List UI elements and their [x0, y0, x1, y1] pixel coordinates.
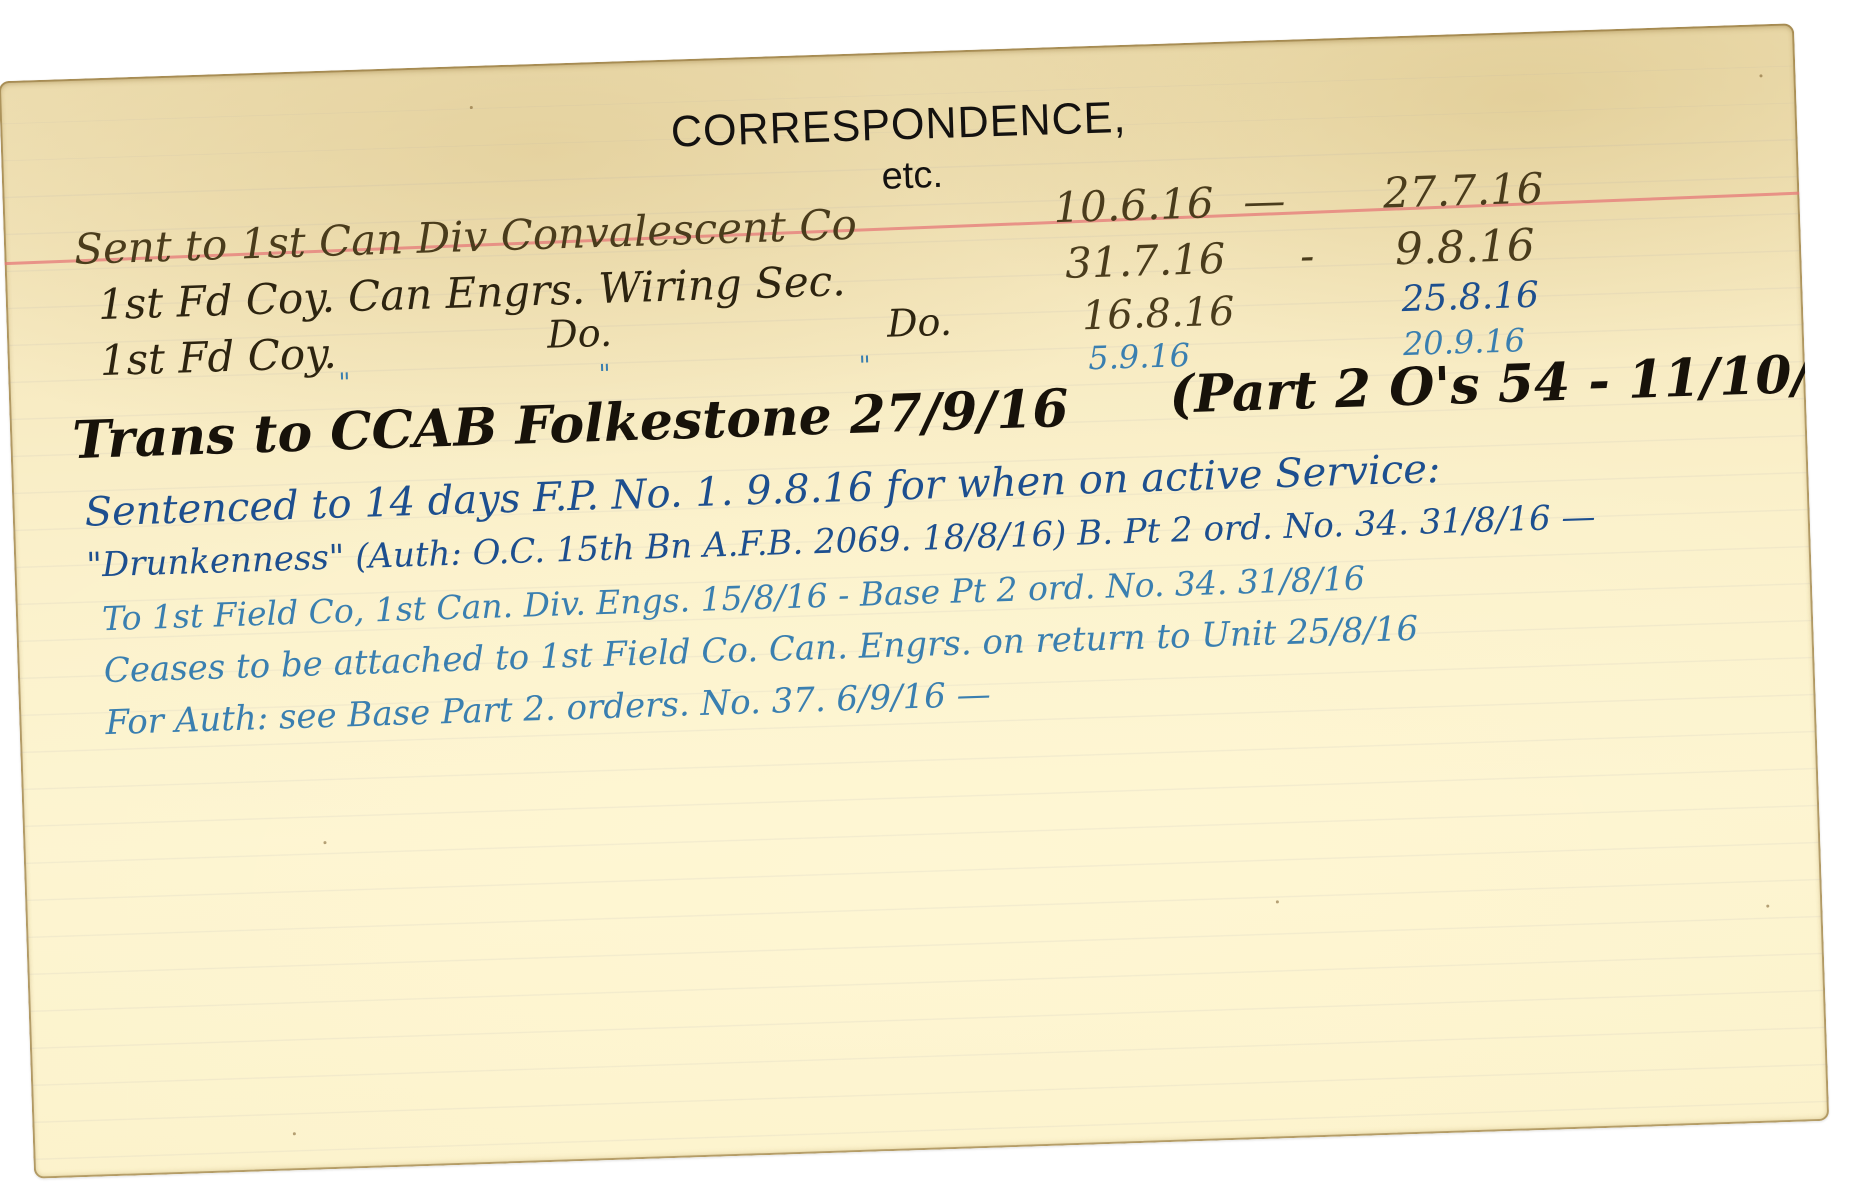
entry-date-from: 10.6.16 [1053, 182, 1215, 229]
entry-text: 1st Fd Coy. Can Engrs. Wiring Sec. [97, 260, 846, 326]
entry-date-to: 9.8.16 [1394, 224, 1535, 272]
entry-separator: - [1299, 235, 1315, 277]
entry-date-to: 27.7.16 [1382, 167, 1544, 214]
entry-convalescent: Sent to 1st Can Div Convalescent Co 10.6… [0, 23, 1794, 81]
paper-speck [293, 1132, 296, 1135]
entry-ditto: Do. [886, 303, 952, 343]
scan-background: CORRESPONDENCE, etc. Sent to 1st Can Div… [0, 0, 1849, 1200]
entry-date-to: 25.8.16 [1401, 278, 1540, 318]
paper-speck [1276, 900, 1279, 903]
paper-speck [1766, 905, 1769, 908]
entry-authority: For Auth: see Base Part 2. orders. No. 3… [105, 678, 991, 741]
entry-text: Trans to CCAB Folkestone 27/9/16 [72, 383, 1070, 467]
entry-wiring-section: 1st Fd Coy. Can Engrs. Wiring Sec. 31.7.… [0, 23, 1794, 81]
entry-date-from: 16.8.16 [1081, 292, 1235, 337]
entry-ditto: Do. [547, 314, 613, 354]
entry-separator: — [1243, 180, 1286, 223]
entry-date-from: 31.7.16 [1065, 238, 1227, 285]
entry-note: (Part 2 O's 54 - 11/10/16) [1169, 346, 1830, 422]
paper-speck [470, 106, 473, 109]
entry-ditto-row: " " " 5.9.16 20.9.16 [0, 23, 1794, 81]
entry-field-company: 1st Fd Coy. Do. Do. 16.8.16 25.8.16 [0, 23, 1794, 81]
entry-transfer-folkestone: Trans to CCAB Folkestone 27/9/16 (Part 2… [0, 23, 1794, 81]
paper-speck [323, 841, 326, 844]
entry-text: 1st Fd Coy. [99, 333, 337, 383]
record-card: CORRESPONDENCE, etc. Sent to 1st Can Div… [0, 23, 1829, 1178]
